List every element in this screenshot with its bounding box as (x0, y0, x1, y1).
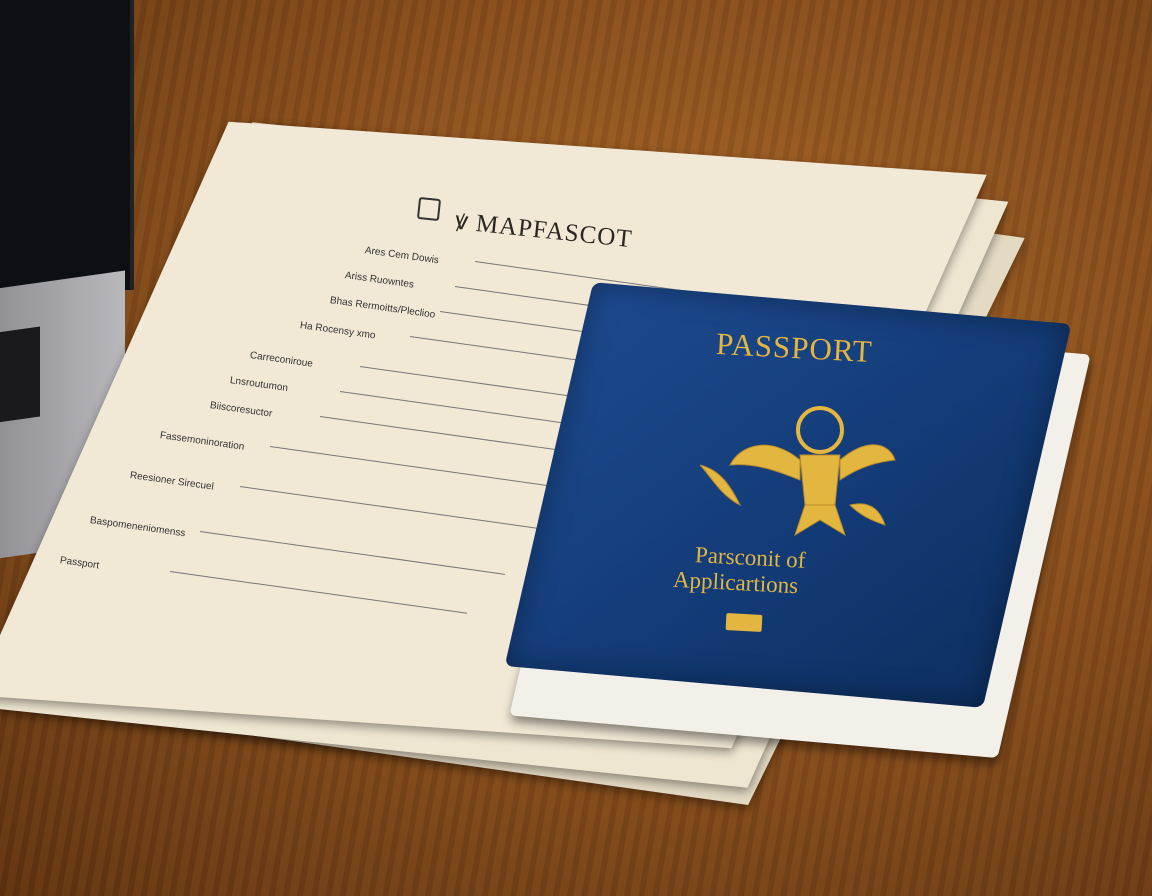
laptop-screen (0, 0, 134, 290)
form-checkbox (417, 197, 441, 221)
laptop-keyboard (0, 326, 40, 423)
biometric-chip-icon (726, 613, 763, 632)
eagle-seal-icon (700, 405, 900, 545)
